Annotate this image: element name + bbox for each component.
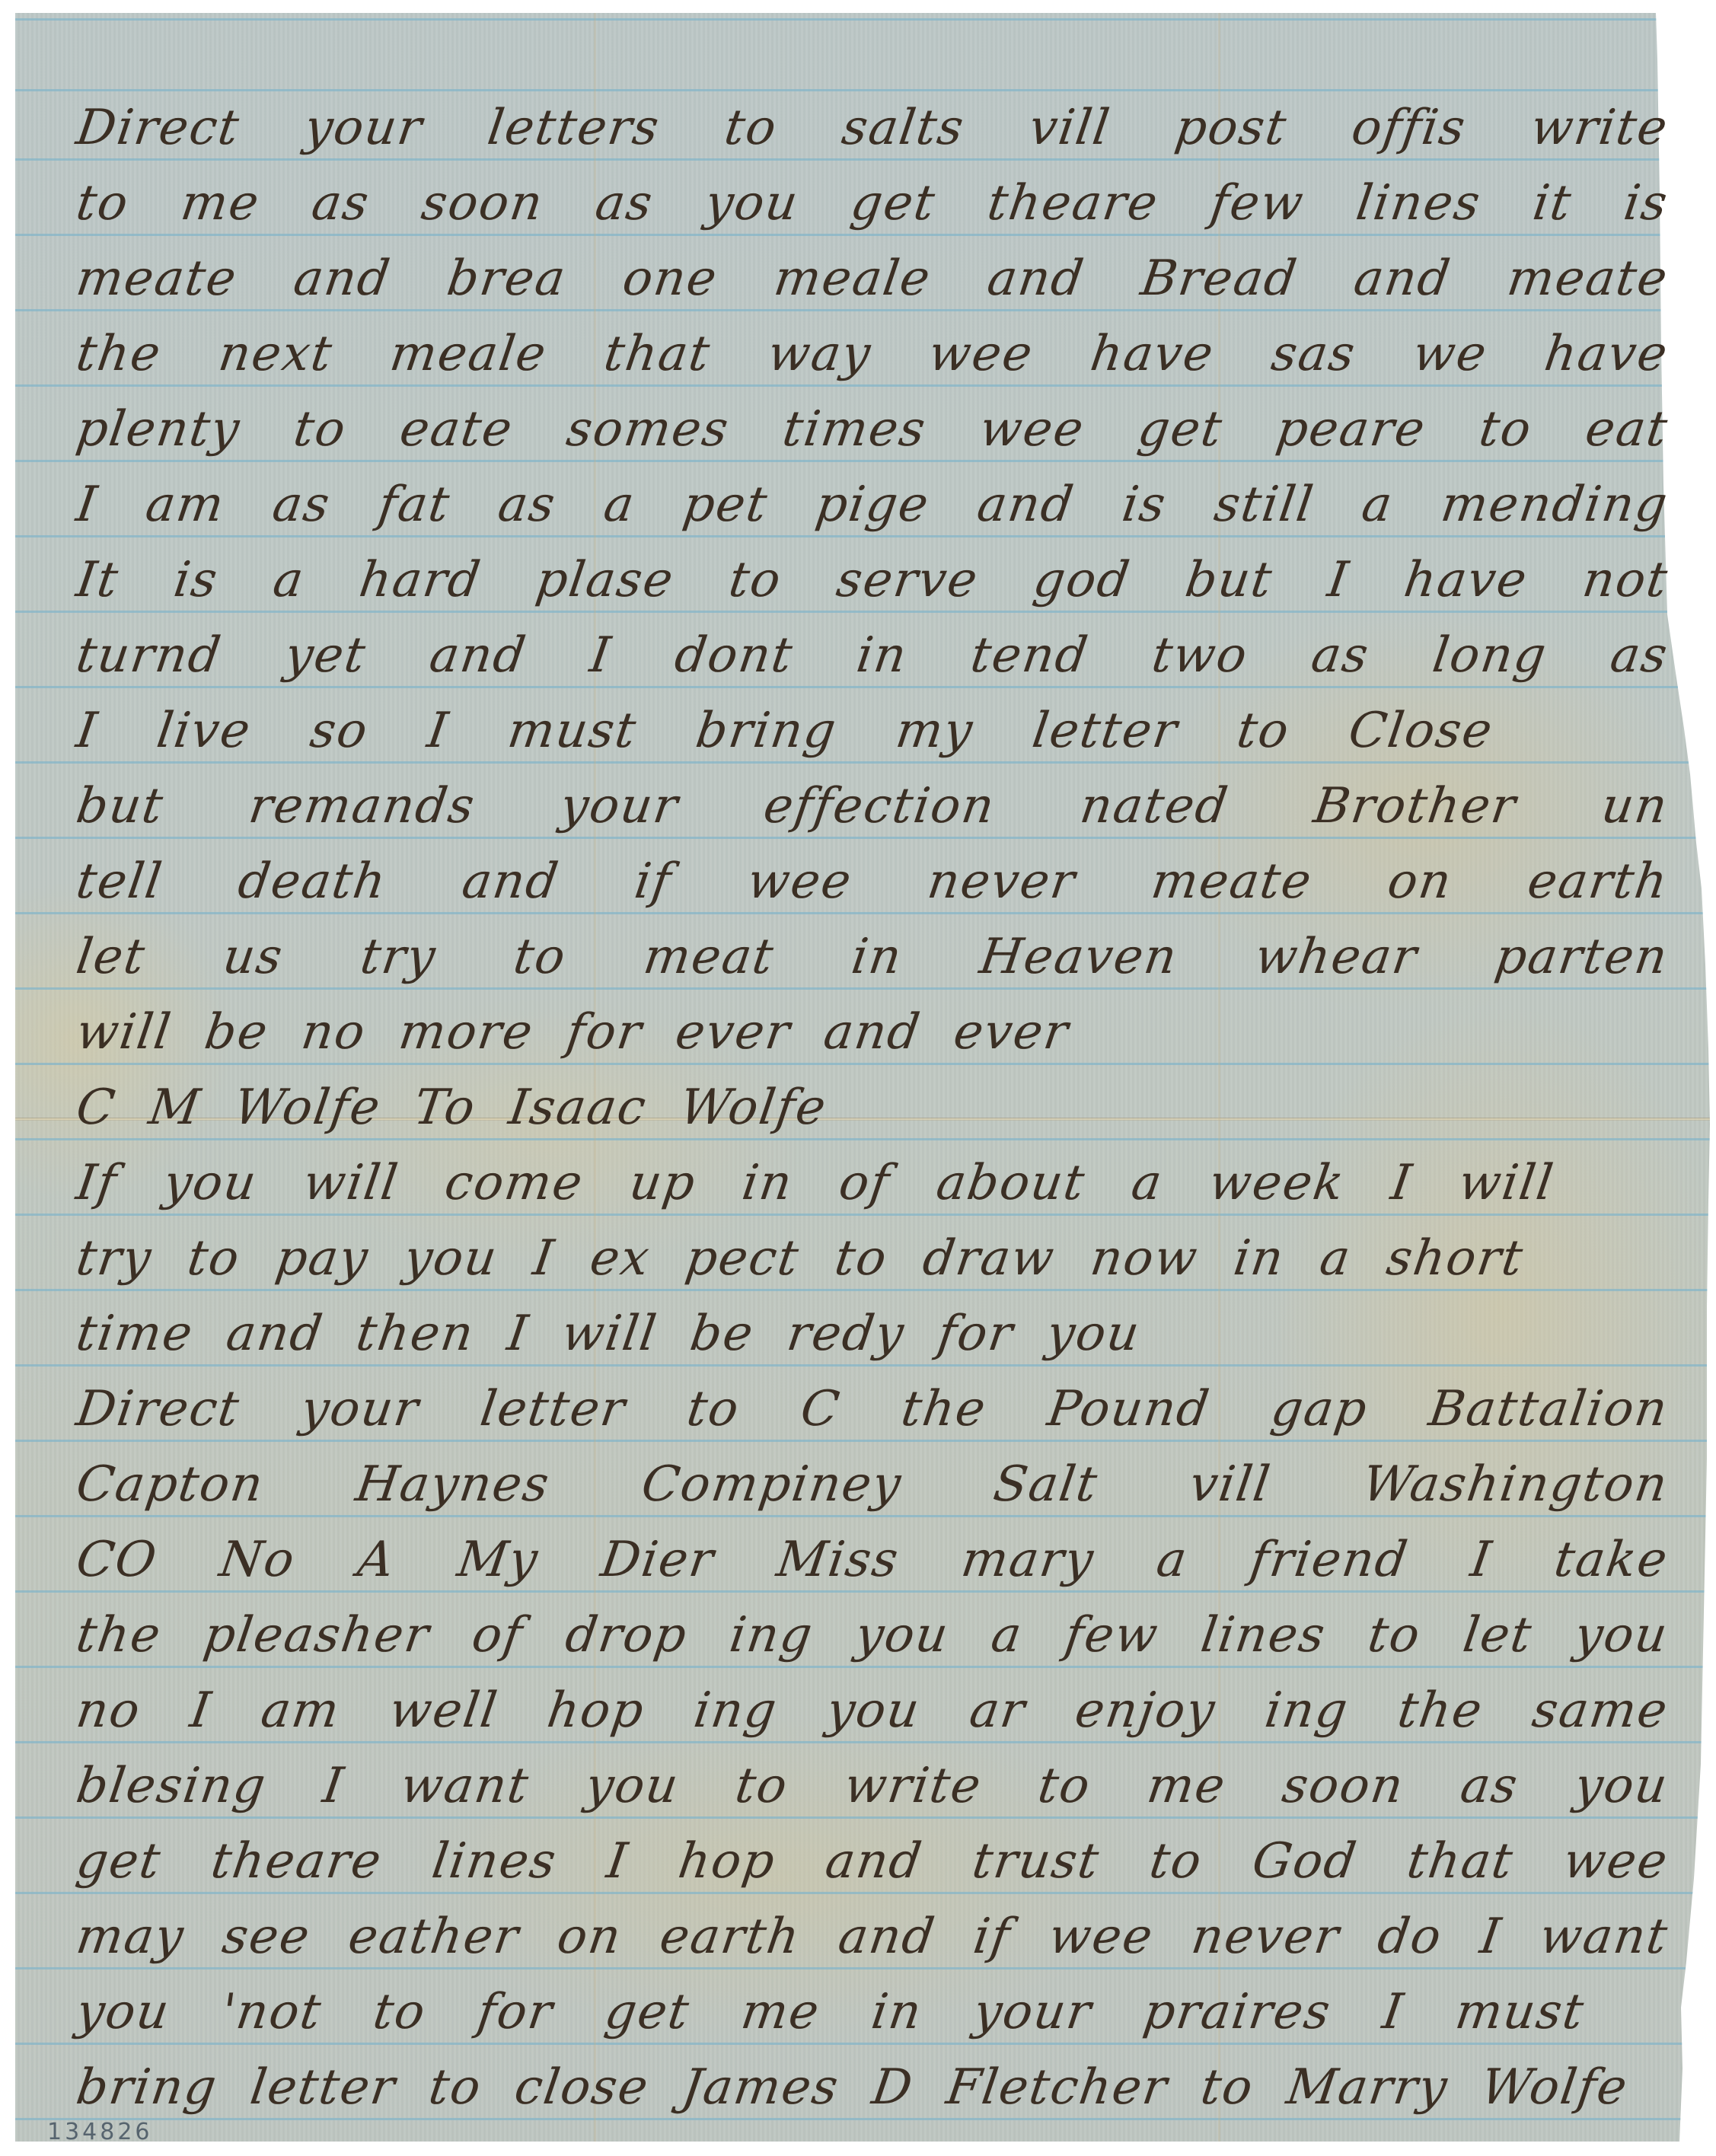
letter-line-text: to me as soon as you get theare few line… (72, 179, 1671, 235)
letter-line-text: try to pay you I ex pect to draw now in … (72, 1234, 1526, 1290)
letter-line: will be no more for ever and ever (72, 989, 1663, 1064)
letter-line-text: time and then I will be redy for you (72, 1309, 1671, 1366)
letter-line: time and then I will be redy for you (72, 1290, 1663, 1366)
catalog-number: 134826 (47, 2119, 153, 2145)
closing-signature-line: bring letter to close James D Fletcher t… (72, 2063, 1526, 2119)
letter-line-text: CO No A My Dier Miss mary a friend I tak… (72, 1536, 1671, 1592)
letter-line-text: may see eather on earth and if wee never… (72, 1912, 1671, 1969)
letter-line: plenty to eate somes times wee get peare… (72, 386, 1663, 461)
letter-line: I am as fat as a pet pige and is still a… (72, 461, 1663, 537)
letter-line-text: Capton Haynes Compiney Salt vill Washing… (72, 1460, 1671, 1517)
letter-line: Direct your letter to C the Pound gap Ba… (72, 1366, 1663, 1441)
letter-line: no I am well hop ing you ar enjoy ing th… (72, 1667, 1663, 1743)
document-page: Direct your letters to salts vill post o… (0, 0, 1716, 2156)
letter-line: meate and brea one meale and Bread and m… (72, 235, 1663, 311)
signature-line: C M Wolfe To Isaac Wolfe (72, 1083, 1671, 1140)
letter-line: may see eather on earth and if wee never… (72, 1893, 1663, 1969)
letter-line-text: let us try to meat in Heaven whear parte… (72, 933, 1671, 989)
letter-line: tell death and if wee never meate on ear… (72, 838, 1663, 914)
letter-line: C M Wolfe To Isaac Wolfe (72, 1064, 1663, 1140)
letter-line-text: no I am well hop ing you ar enjoy ing th… (72, 1686, 1671, 1743)
letter-line: If you will come up in of about a week I… (72, 1140, 1663, 1215)
letter-line: to me as soon as you get theare few line… (72, 160, 1663, 235)
letter-line-text: the next meale that way wee have sas we … (72, 330, 1671, 386)
letter-line: CO No A My Dier Miss mary a friend I tak… (72, 1517, 1663, 1592)
letter-line: try to pay you I ex pect to draw now in … (72, 1215, 1663, 1290)
letter-line-text: tell death and if wee never meate on ear… (72, 857, 1671, 914)
letter-line-text: turnd yet and I dont in tend two as long… (72, 631, 1671, 687)
letter-line: I live so I must bring my letter to Clos… (72, 687, 1663, 763)
letter-line: turnd yet and I dont in tend two as long… (72, 612, 1663, 687)
letter-line-text: Direct your letter to C the Pound gap Ba… (72, 1385, 1671, 1441)
letter-line-text: It is a hard plase to serve god but I ha… (72, 556, 1671, 612)
letter-line: you 'not to for get me in your praires I… (72, 1969, 1663, 2044)
letter-line: bring letter to close James D Fletcher t… (72, 2044, 1663, 2119)
letter-line: It is a hard plase to serve god but I ha… (72, 537, 1663, 612)
letter-line: but remands your effection nated Brother… (72, 763, 1663, 838)
letter-line: the next meale that way wee have sas we … (72, 311, 1663, 386)
letter-line: Direct your letters to salts vill post o… (72, 85, 1663, 160)
letter-line: Capton Haynes Compiney Salt vill Washing… (72, 1441, 1663, 1517)
letter-line-text: will be no more for ever and ever (72, 1008, 1671, 1064)
letter-line-text: I am as fat as a pet pige and is still a… (72, 480, 1671, 537)
letter-line-text: Direct your letters to salts vill post o… (72, 104, 1671, 160)
letter-line-text: the pleasher of drop ing you a few lines… (72, 1611, 1671, 1667)
letter-line-text: plenty to eate somes times wee get peare… (72, 405, 1671, 461)
letter-line: let us try to meat in Heaven whear parte… (72, 914, 1663, 989)
letter-line: blesing I want you to write to me soon a… (72, 1743, 1663, 1818)
letter-line-text: If you will come up in of about a week I… (72, 1159, 1557, 1215)
letter-line-text: get theare lines I hop and trust to God … (72, 1837, 1671, 1893)
letter-line-text: but remands your effection nated Brother… (72, 782, 1671, 838)
letter-line-text: I live so I must bring my letter to Clos… (72, 706, 1496, 763)
letter-line-text: you 'not to for get me in your praires I… (72, 1988, 1587, 2044)
letter-body: Direct your letters to salts vill post o… (0, 0, 1716, 2156)
letter-line-text: meate and brea one meale and Bread and m… (72, 254, 1671, 311)
letter-line: the pleasher of drop ing you a few lines… (72, 1592, 1663, 1667)
letter-line-text: blesing I want you to write to me soon a… (72, 1762, 1671, 1818)
letter-line: get theare lines I hop and trust to God … (72, 1818, 1663, 1893)
